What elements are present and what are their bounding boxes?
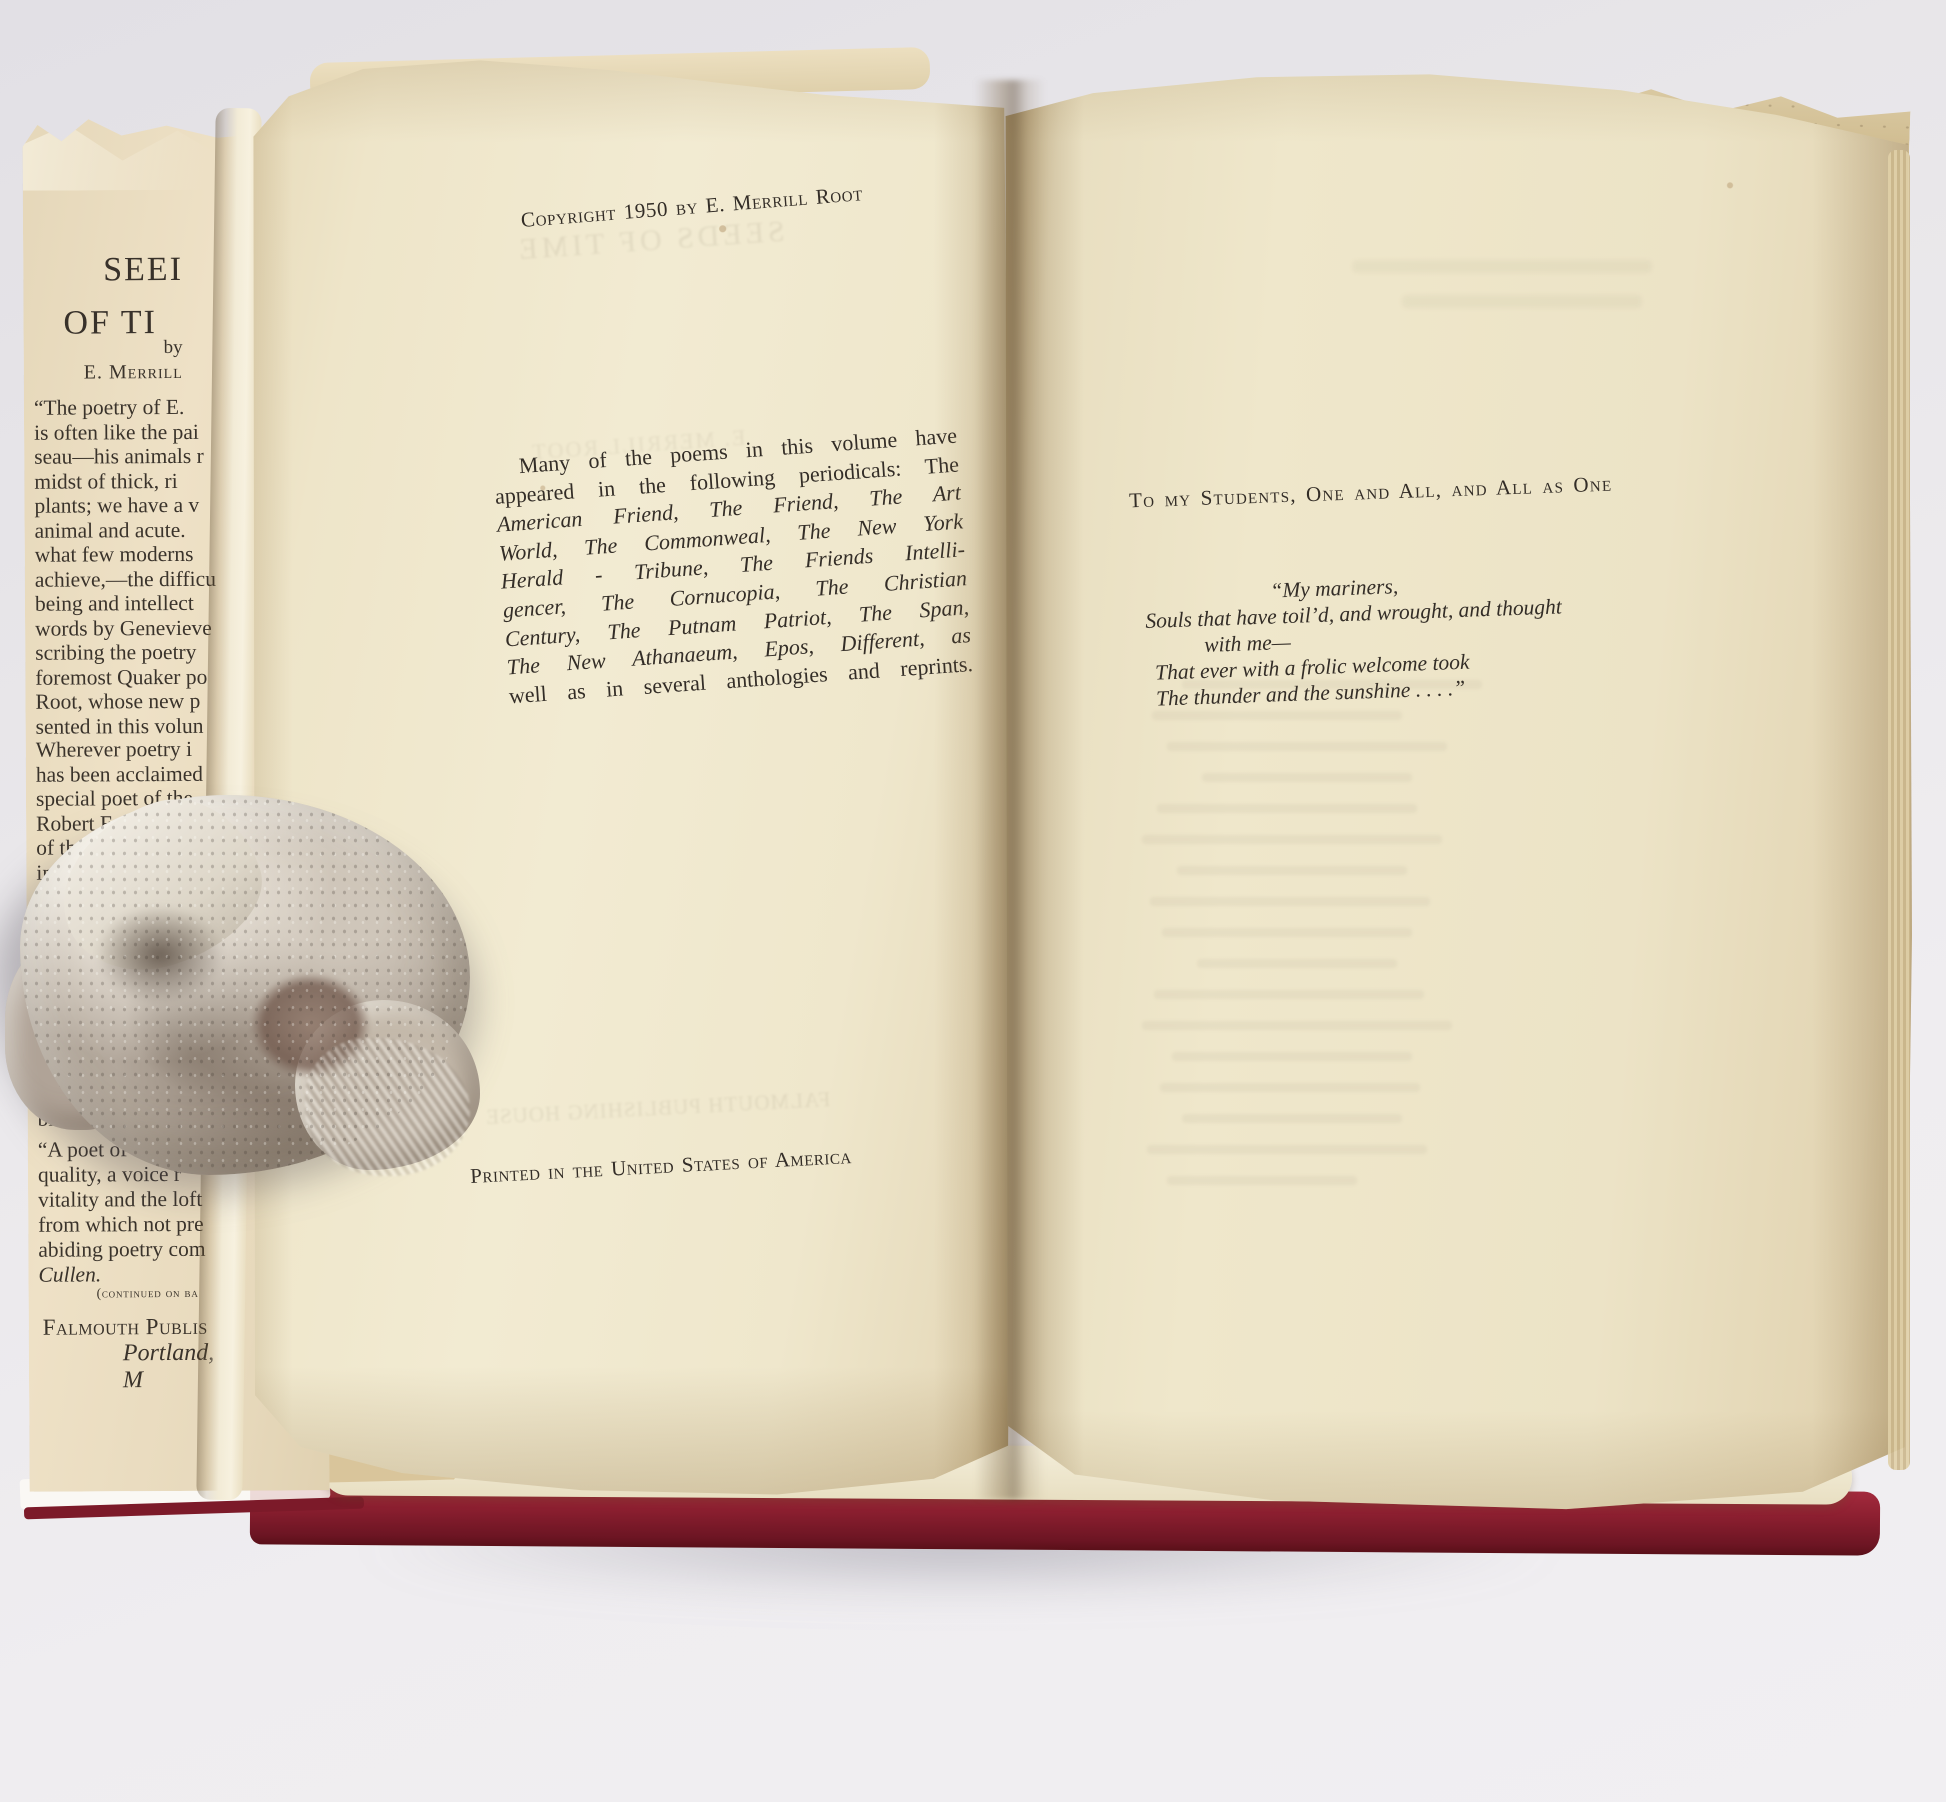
show-through-line: [1197, 959, 1397, 968]
show-through-line: [1157, 804, 1417, 813]
flap-continued-note: (continued on ba: [97, 1285, 199, 1302]
flap-text-line: being and intellect: [35, 591, 233, 617]
show-through-line: [1202, 773, 1412, 782]
show-through-contents-column: [1142, 680, 1572, 1320]
show-through-line: [1167, 742, 1447, 751]
flap-text-line: words by Genevieve: [35, 615, 233, 641]
show-through-line: [1154, 990, 1424, 999]
flap-text-line: achieve,—the difficu: [35, 566, 233, 592]
flap-publisher-name: Falmouth Publis: [43, 1314, 208, 1341]
show-through-smudge: [1352, 260, 1652, 273]
flap-text-line: Root, whose new p: [35, 689, 233, 715]
show-through-line: [1162, 928, 1412, 937]
flap-book-title: SEEIOF TI: [33, 243, 232, 350]
show-through-line: [1150, 897, 1430, 906]
show-through-line: [1160, 1083, 1420, 1092]
flap-text-line: midst of thick, ri: [34, 468, 232, 494]
dedication-line: To my Students, One and All, and All as …: [1129, 472, 1613, 514]
flap-byline-by: by: [164, 337, 183, 359]
book-gutter-shadow: [975, 80, 1045, 1500]
show-through-line: [1182, 1114, 1402, 1123]
flap-text-line: is often like the pai: [34, 419, 232, 445]
dedication-page: To my Students, One and All, and All as …: [1002, 70, 1912, 1512]
flap-title-line: SEEI: [103, 243, 231, 297]
flap-title-line: OF TI: [63, 296, 231, 350]
show-through-line: [1172, 1052, 1412, 1061]
dedication-quote: “My mariners,Souls that have toil’d, and…: [1144, 567, 1565, 711]
show-through-line: [1177, 866, 1407, 875]
acknowledgment-paragraph: Many of the poems in this volume haveapp…: [492, 422, 974, 711]
flap-text-line: “The poetry of E.: [34, 395, 232, 421]
book-photograph: SEEIOF TI by E. Merrill “The poetry of E…: [0, 0, 1946, 1802]
show-through-line: [1152, 711, 1402, 720]
copyright-notice: Copyright 1950 by E. Merrill Root: [520, 181, 864, 233]
page-block-fore-edge: [1888, 150, 1910, 1470]
copyright-page: SEEDS OF TIME E. MERRILL ROOT Copyright …: [230, 56, 1012, 1496]
flap-author-name: E. Merrill: [84, 361, 183, 385]
flap-text-line: animal and acute.: [35, 517, 233, 543]
show-through-line: [1142, 835, 1442, 844]
flap-text-line: Wherever poetry i: [36, 737, 234, 763]
show-through-line: [1167, 1176, 1357, 1185]
show-through-line: [1147, 1145, 1427, 1154]
flap-text-line: has been acclaimed: [36, 761, 234, 787]
rock-paperweight: [5, 790, 495, 1195]
flap-text-line: seau—his animals r: [34, 444, 232, 470]
printed-in-usa-line: Printed in the United States of America: [470, 1144, 853, 1189]
flap-text-line: foremost Quaker po: [35, 664, 233, 690]
flap-review-paragraph-1: “The poetry of E.is often like the paise…: [34, 395, 234, 739]
show-through-smudge: [1402, 295, 1642, 308]
flap-text-line: scribing the poetry: [35, 640, 233, 666]
flap-text-line: what few moderns: [35, 542, 233, 568]
show-through-publisher: FALMOUTH PUBLISHING HOUSE: [485, 1087, 831, 1130]
flap-text-line: sented in this volun: [36, 713, 234, 739]
flap-text-line: plants; we have a v: [34, 493, 232, 519]
show-through-line: [1142, 1021, 1452, 1030]
